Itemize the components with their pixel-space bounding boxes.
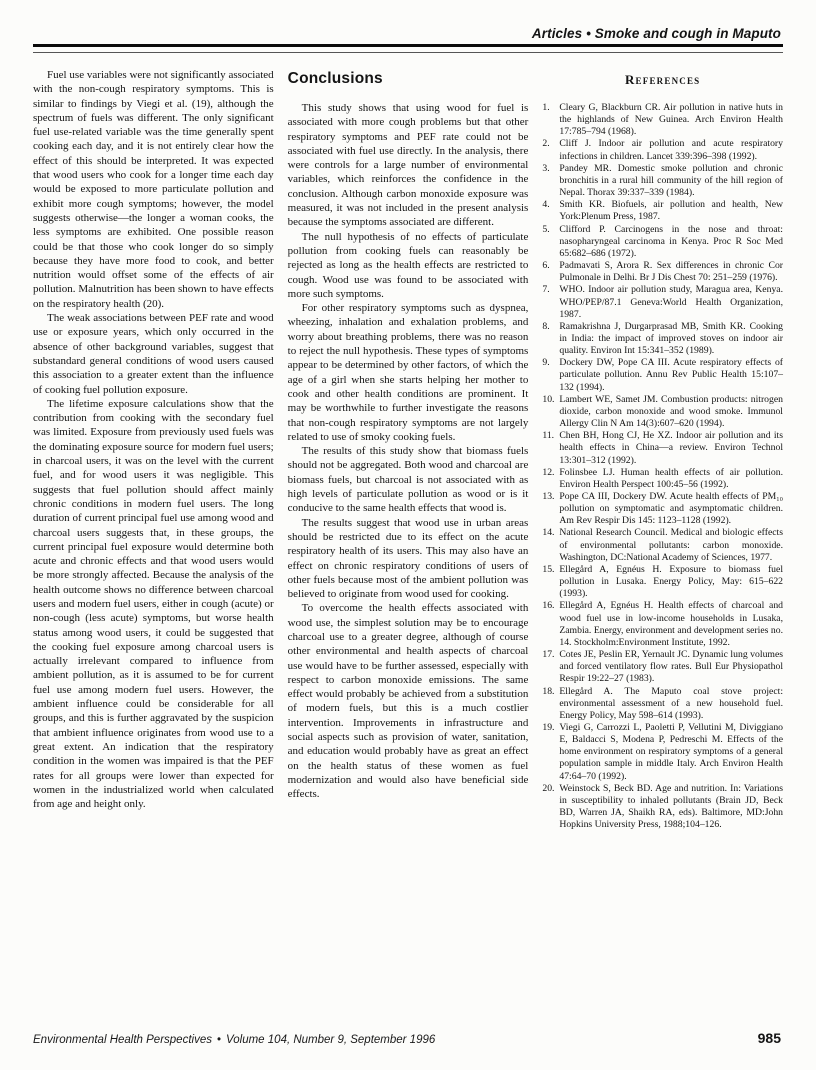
references-list: 1. Cleary G, Blackburn CR. Air pollution… bbox=[542, 102, 783, 831]
conclusions-paragraphs: This study shows that using wood for fue… bbox=[288, 101, 529, 802]
issue-info: Volume 104, Number 9, September 1996 bbox=[226, 1034, 435, 1046]
reference-number: 20. bbox=[542, 783, 559, 832]
reference-number: 12. bbox=[542, 467, 559, 491]
reference-text: Cleary G, Blackburn CR. Air pollution in… bbox=[559, 102, 783, 138]
reference-text: Padmavati S, Arora R. Sex differences in… bbox=[559, 260, 783, 284]
reference-text: Cotes JE, Peslin ER, Yernault JC. Dynami… bbox=[559, 649, 783, 685]
reference-item: 1. Cleary G, Blackburn CR. Air pollution… bbox=[542, 102, 783, 138]
body-paragraph: For other respiratory symptoms such as d… bbox=[288, 301, 529, 444]
body-paragraph: The results of this study show that biom… bbox=[288, 444, 529, 515]
reference-number: 10. bbox=[542, 394, 559, 430]
reference-item: 8. Ramakrishna J, Durgarprasad MB, Smith… bbox=[542, 321, 783, 357]
reference-text: Weinstock S, Beck BD. Age and nutrition.… bbox=[559, 783, 783, 832]
column-references: References 1. Cleary G, Blackburn CR. Ai… bbox=[542, 68, 783, 831]
reference-number: 16. bbox=[542, 600, 559, 649]
running-head: Articles • Smoke and cough in Maputo bbox=[33, 26, 781, 41]
reference-text: Ramakrishna J, Durgarprasad MB, Smith KR… bbox=[559, 321, 783, 357]
reference-text: Clifford P. Carcinogens in the nose and … bbox=[559, 224, 783, 260]
reference-item: 13. Pope CA III, Dockery DW. Acute healt… bbox=[542, 491, 783, 527]
reference-item: 7. WHO. Indoor air pollution study, Mara… bbox=[542, 284, 783, 320]
footer-separator: • bbox=[212, 1034, 226, 1046]
reference-number: 3. bbox=[542, 163, 559, 199]
page-content: Fuel use variables were not significantl… bbox=[33, 68, 783, 831]
reference-number: 18. bbox=[542, 686, 559, 722]
reference-text: Smith KR. Biofuels, air pollution and he… bbox=[559, 199, 783, 223]
reference-item: 20. Weinstock S, Beck BD. Age and nutrit… bbox=[542, 783, 783, 832]
reference-item: 11. Chen BH, Hong CJ, He XZ. Indoor air … bbox=[542, 430, 783, 466]
journal-name: Environmental Health Perspectives bbox=[33, 1034, 212, 1046]
reference-number: 5. bbox=[542, 224, 559, 260]
column-discussion: Fuel use variables were not significantl… bbox=[33, 68, 274, 831]
reference-number: 4. bbox=[542, 199, 559, 223]
discussion-paragraphs: Fuel use variables were not significantl… bbox=[33, 68, 274, 811]
reference-text: Viegi G, Carrozzi L, Paoletti P, Velluti… bbox=[559, 722, 783, 783]
reference-text: Ellegård A. The Maputo coal stove projec… bbox=[559, 686, 783, 722]
reference-number: 1. bbox=[542, 102, 559, 138]
reference-item: 9. Dockery DW, Pope CA III. Acute respir… bbox=[542, 357, 783, 393]
reference-item: 5. Clifford P. Carcinogens in the nose a… bbox=[542, 224, 783, 260]
reference-text: Ellegård A, Egnéus H. Health effects of … bbox=[559, 600, 783, 649]
reference-item: 10. Lambert WE, Samet JM. Combustion pro… bbox=[542, 394, 783, 430]
page-footer: Environmental Health Perspectives•Volume… bbox=[33, 1030, 781, 1046]
header-rule bbox=[33, 44, 783, 53]
reference-text: Lambert WE, Samet JM. Combustion product… bbox=[559, 394, 783, 430]
reference-number: 7. bbox=[542, 284, 559, 320]
reference-number: 17. bbox=[542, 649, 559, 685]
conclusions-heading: Conclusions bbox=[288, 70, 529, 88]
reference-number: 2. bbox=[542, 138, 559, 162]
reference-number: 11. bbox=[542, 430, 559, 466]
column-conclusions: Conclusions This study shows that using … bbox=[288, 68, 529, 831]
reference-text: Pope CA III, Dockery DW. Acute health ef… bbox=[559, 491, 783, 527]
body-paragraph: The results suggest that wood use in urb… bbox=[288, 516, 529, 602]
reference-number: 9. bbox=[542, 357, 559, 393]
body-paragraph: To overcome the health effects associate… bbox=[288, 601, 529, 801]
page-number: 985 bbox=[758, 1030, 781, 1046]
reference-text: Cliff J. Indoor air pollution and acute … bbox=[559, 138, 783, 162]
references-heading: References bbox=[542, 72, 783, 88]
journal-line: Environmental Health Perspectives•Volume… bbox=[33, 1034, 435, 1046]
reference-number: 13. bbox=[542, 491, 559, 527]
reference-text: WHO. Indoor air pollution study, Maragua… bbox=[559, 284, 783, 320]
body-paragraph: The weak associations between PEF rate a… bbox=[33, 311, 274, 397]
reference-text: National Research Council. Medical and b… bbox=[559, 527, 783, 563]
journal-page: Articles • Smoke and cough in Maputo Fue… bbox=[0, 0, 816, 1070]
reference-item: 6. Padmavati S, Arora R. Sex differences… bbox=[542, 260, 783, 284]
reference-text: Folinsbee LJ. Human health effects of ai… bbox=[559, 467, 783, 491]
reference-number: 6. bbox=[542, 260, 559, 284]
reference-text: Chen BH, Hong CJ, He XZ. Indoor air poll… bbox=[559, 430, 783, 466]
body-paragraph: The lifetime exposure calculations show … bbox=[33, 397, 274, 812]
reference-item: 18. Ellegård A. The Maputo coal stove pr… bbox=[542, 686, 783, 722]
reference-text: Dockery DW, Pope CA III. Acute respirato… bbox=[559, 357, 783, 393]
reference-text: Pandey MR. Domestic smoke pollution and … bbox=[559, 163, 783, 199]
reference-number: 14. bbox=[542, 527, 559, 563]
reference-item: 12. Folinsbee LJ. Human health effects o… bbox=[542, 467, 783, 491]
reference-number: 8. bbox=[542, 321, 559, 357]
reference-item: 16. Ellegård A, Egnéus H. Health effects… bbox=[542, 600, 783, 649]
body-paragraph: This study shows that using wood for fue… bbox=[288, 101, 529, 230]
reference-item: 17. Cotes JE, Peslin ER, Yernault JC. Dy… bbox=[542, 649, 783, 685]
reference-text: Ellegård A, Egnéus H. Exposure to biomas… bbox=[559, 564, 783, 600]
reference-number: 19. bbox=[542, 722, 559, 783]
reference-number: 15. bbox=[542, 564, 559, 600]
reference-item: 3. Pandey MR. Domestic smoke pollution a… bbox=[542, 163, 783, 199]
reference-item: 15. Ellegård A, Egnéus H. Exposure to bi… bbox=[542, 564, 783, 600]
body-paragraph: The null hypothesis of no effects of par… bbox=[288, 230, 529, 301]
reference-item: 19. Viegi G, Carrozzi L, Paoletti P, Vel… bbox=[542, 722, 783, 783]
reference-item: 4. Smith KR. Biofuels, air pollution and… bbox=[542, 199, 783, 223]
reference-item: 14. National Research Council. Medical a… bbox=[542, 527, 783, 563]
reference-item: 2. Cliff J. Indoor air pollution and acu… bbox=[542, 138, 783, 162]
body-paragraph: Fuel use variables were not significantl… bbox=[33, 68, 274, 311]
